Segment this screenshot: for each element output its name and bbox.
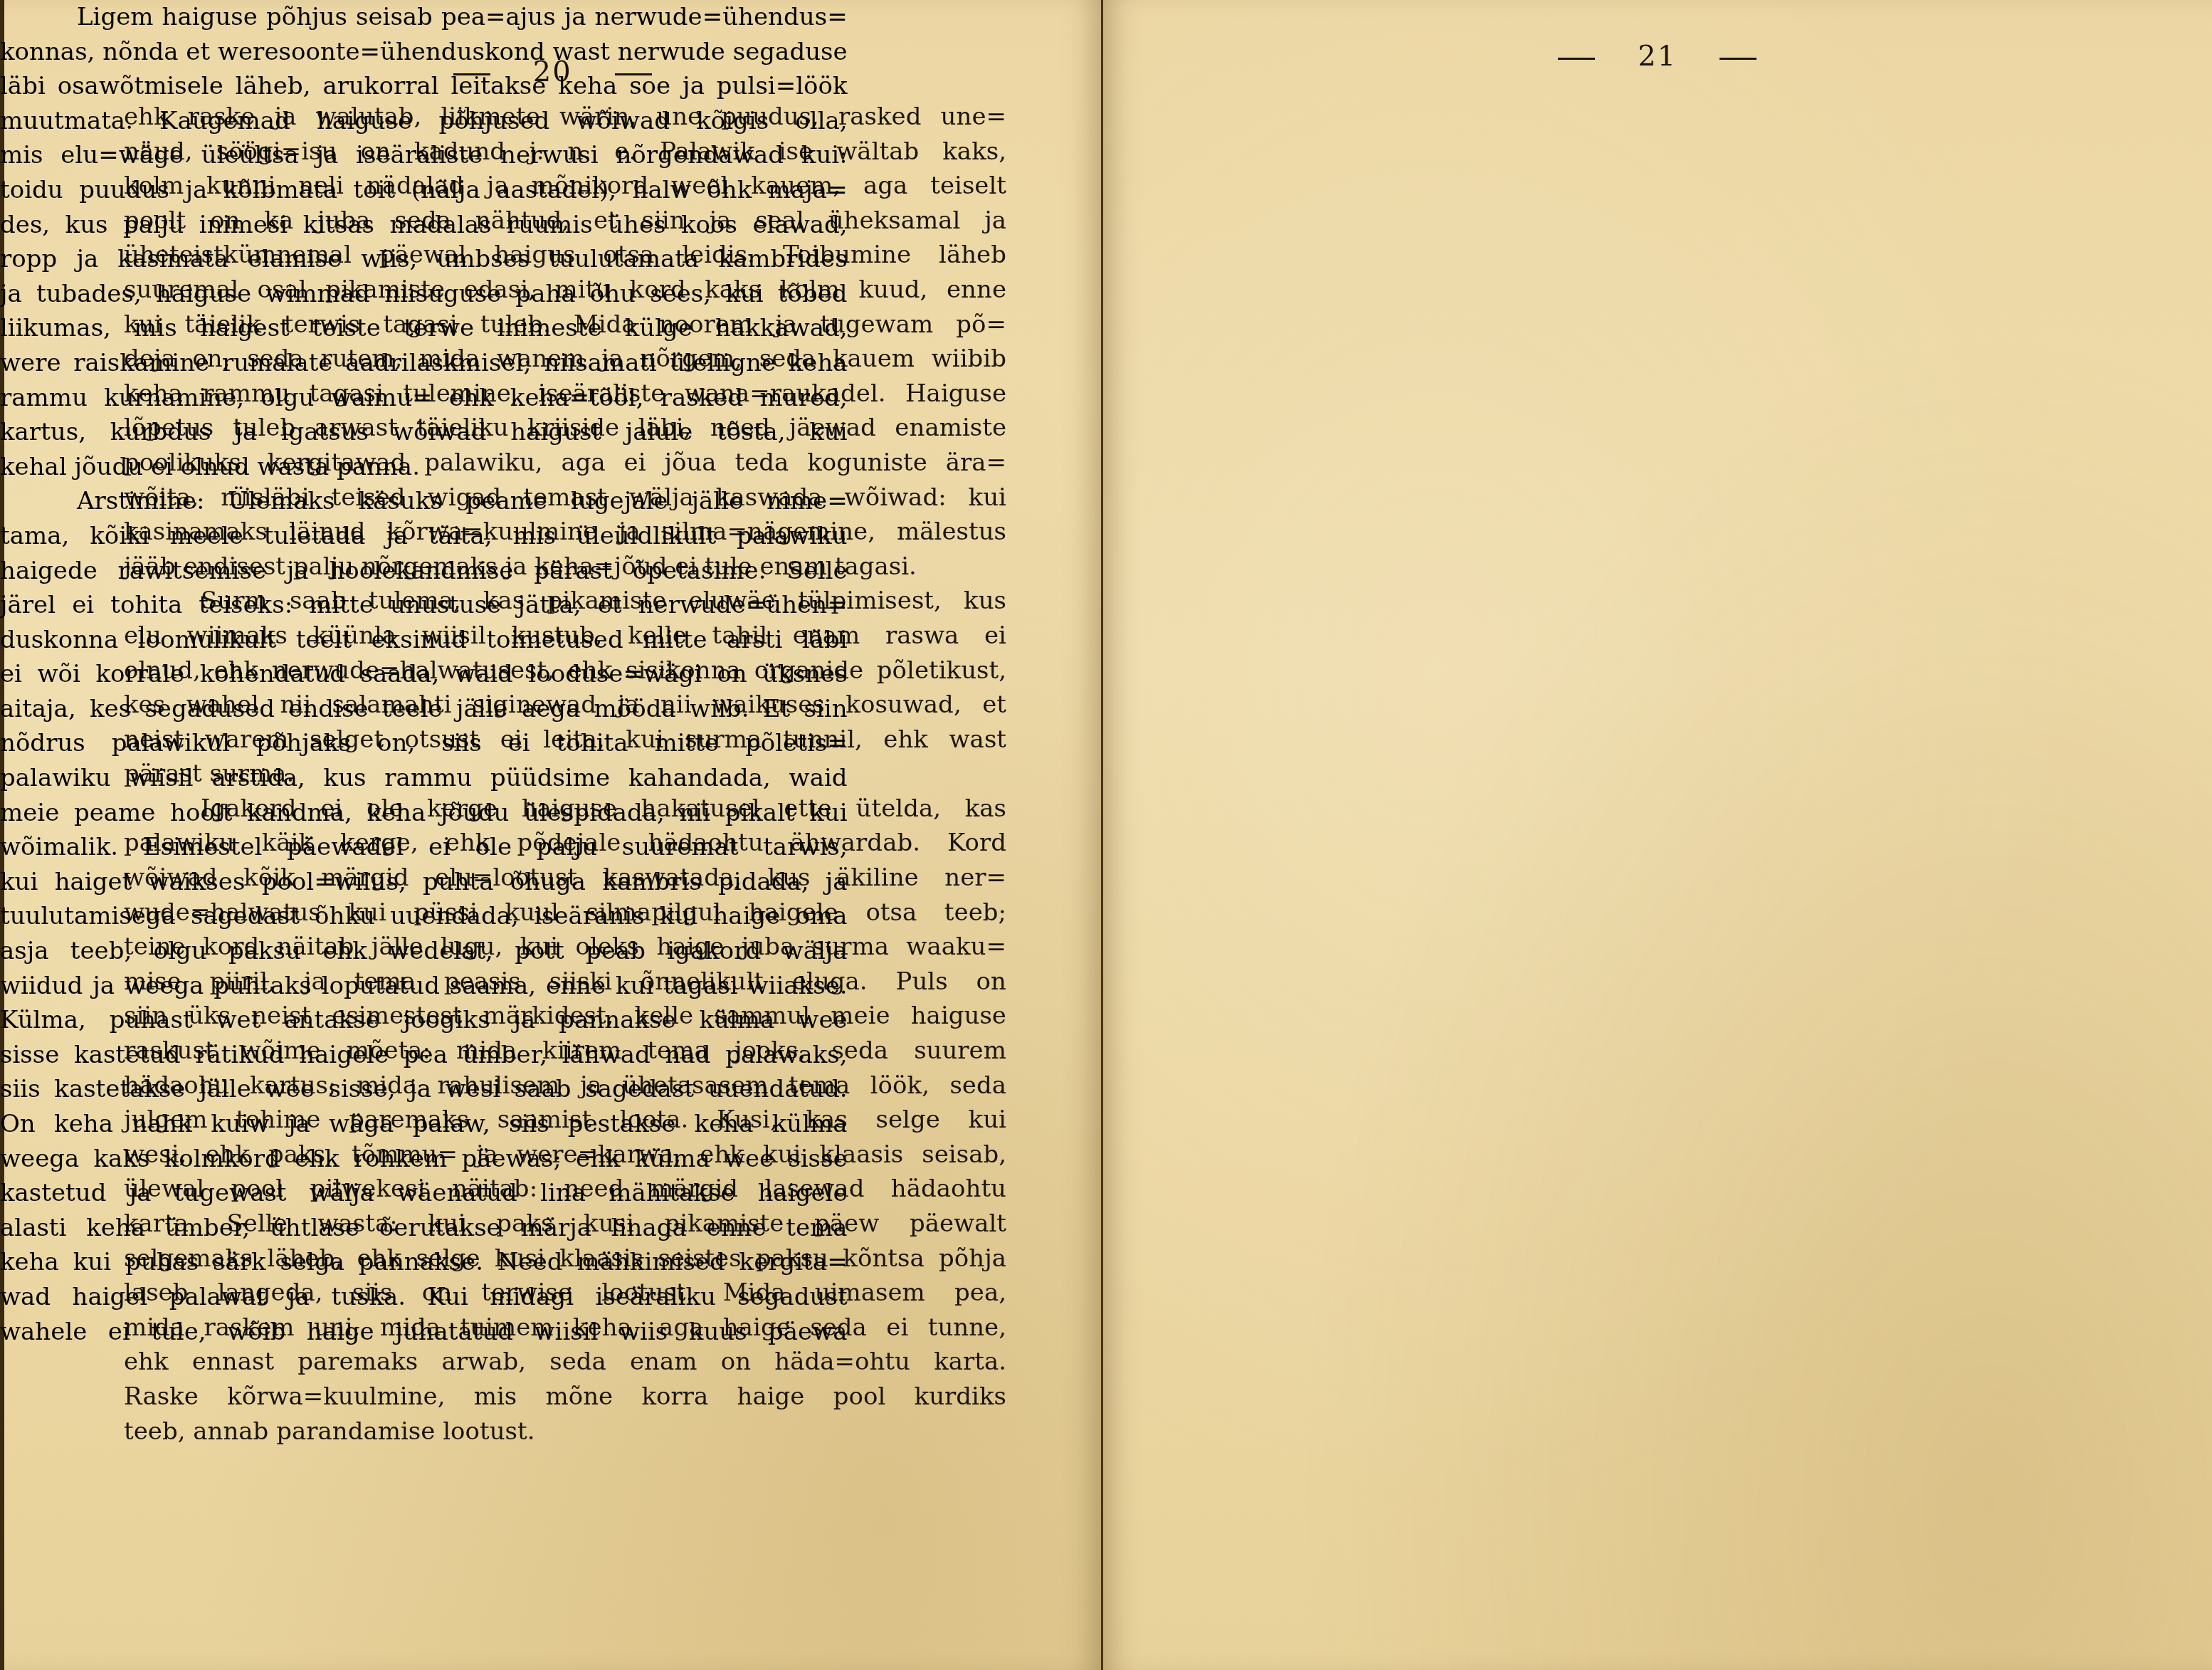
folio-dash — [1719, 58, 1757, 60]
text-line: tama, kõiki meele tuletada ja täita, mis… — [0, 519, 848, 554]
text-line: palawiku wiisil arstida, kus rammu püüds… — [0, 761, 848, 796]
text-line: teeb, annab parandamise lootust. — [124, 1414, 1006, 1449]
book-gutter — [1101, 0, 1103, 1670]
text-line: kartus, kurbdus ja igatsus wõiwad haigus… — [0, 415, 848, 450]
text-line: des, kus palju inimesi kitsas madalas ru… — [0, 208, 848, 243]
text-line: kastetud ja tugewast wälja wäenatud lina… — [0, 1176, 848, 1211]
text-line: aitaja, kes segadused endise teele jälle… — [0, 692, 848, 727]
folio-number: 21 — [1638, 40, 1677, 73]
text-line: mis elu=wäge üleültsa ja iseäraliste ner… — [0, 138, 848, 173]
text-line: ropp ja kasimata elamise wiis, umbses tu… — [0, 242, 848, 277]
text-line: nõdrus palawikul põhjaks on, siis ei toh… — [0, 726, 848, 761]
text-line: keha kui puhas särk selga pannakse. Need… — [0, 1245, 848, 1280]
text-line: toidu puudus ja kõlbmata toit (nälja aas… — [0, 173, 848, 208]
text-line: On keha nahk kuiw ja wäga palaw, siis pe… — [0, 1107, 848, 1142]
text-line: meie peame hoolt kandma, keha jõudu üles… — [0, 796, 848, 831]
text-line: konnas, nõnda et weresoonte=ühenduskond … — [0, 35, 848, 70]
text-line: wõimalik. Esimestel päewadel ei ole palj… — [0, 830, 848, 865]
book-spread: 20 ehk raske ja walutab, liikmete wärin,… — [0, 0, 2212, 1670]
text-line: ehk ennast paremaks arwab, seda enam on … — [124, 1345, 1006, 1380]
text-line: rammu kurnamine, olgu waimu= ehk keha=tö… — [0, 381, 848, 416]
text-line: kui haiget waikses pool=wilus, puhta õhu… — [0, 865, 848, 900]
text-line: weega kaks kolmkord ehk rohkem päewas; e… — [0, 1142, 848, 1177]
page-number-right: 21 — [1103, 40, 2212, 73]
text-line: ei wõi korrale kohendatud saada, waid lo… — [0, 657, 848, 692]
right-page: 21 — [1103, 0, 2212, 1670]
text-line: sisse kastetud rätikud haigele pea ümber… — [0, 1038, 848, 1073]
text-line: Külma, puhast wet antakse joogiks ja pan… — [0, 1003, 848, 1038]
text-line: asja teeb, olgu paksu ehk wedelat, pott … — [0, 934, 848, 969]
text-line: Raske kõrwa=kuulmine, mis mõne korra hai… — [124, 1380, 1006, 1414]
text-line: siis kastetakse jälle wee sisse, ja wesi… — [0, 1072, 848, 1107]
right-page-body: Ligem haiguse põhjus seisab pea=ajus ja … — [0, 0, 848, 1349]
text-line: Arstimine: Ülemaks käsuks peame lugejale… — [0, 484, 848, 519]
text-line: järel ei tohita teiseks: mitte unustuse … — [0, 588, 848, 623]
text-line: haigede rawitsemise ja hoolekandmise pär… — [0, 554, 848, 589]
text-line: ja tubades, haiguse wimmad niisuguse pah… — [0, 277, 848, 312]
folio-dash — [1558, 58, 1595, 60]
text-line: wiidud ja weega puhtaks loputatud saama,… — [0, 969, 848, 1004]
text-line: duskonna loomulikult teelt eksinud toime… — [0, 623, 848, 658]
text-line: Ligem haiguse põhjus seisab pea=ajus ja … — [0, 0, 848, 35]
text-line: liikumas, mis haigest teiste terwe inime… — [0, 311, 848, 346]
text-line: kehal jõudu ei olnud wasta panna. — [0, 450, 848, 485]
text-line: läbi osawõtmisele läheb, arukorral leita… — [0, 69, 848, 104]
text-line: muutmata. Kaugemad haiguse põhjused wõiw… — [0, 104, 848, 139]
text-line: alasti keha ümber, ühtlase õerutakse mär… — [0, 1211, 848, 1246]
text-line: wahele ei tule, wõib haige juhatatud wii… — [0, 1315, 848, 1350]
text-line: wad haigel palawat ja tuska. Kui midagi … — [0, 1280, 848, 1315]
text-line: were raiskamine rumalate aadrilaskmisel;… — [0, 346, 848, 381]
text-line: tuulutamisega sagedast õhku uuendada, is… — [0, 899, 848, 934]
